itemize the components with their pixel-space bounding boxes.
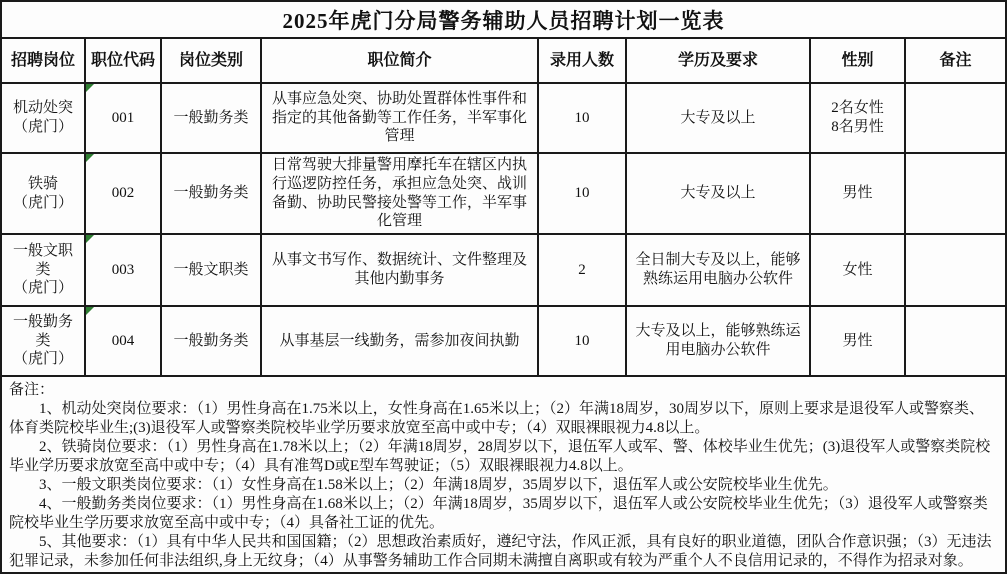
table-row: 机动处突 （虎门） 001 一般勤务类 从事应急处突、协助处置群体性事件和指定的…	[2, 83, 1005, 153]
table-header: 招聘岗位 职位代码 岗位类别 职位简介 录用人数 学历及要求 性别 备注	[2, 39, 1005, 83]
gender-cell: 男性	[810, 306, 905, 376]
remark-cell	[905, 306, 1005, 376]
post-cell: 铁骑 （虎门）	[2, 153, 85, 234]
code-cell: 003	[85, 234, 161, 306]
category-cell: 一般勤务类	[161, 306, 261, 376]
recruitment-plan-sheet: 2025年虎门分局警务辅助人员招聘计划一览表 招聘岗位 职位代码 岗位类别 职位…	[0, 0, 1007, 574]
note-item-5: 5、其他要求：（1）具有中华人民共和国国籍；（2）思想政治素质好，遵纪守法，作风…	[9, 533, 998, 571]
header-row: 招聘岗位 职位代码 岗位类别 职位简介 录用人数 学历及要求 性别 备注	[2, 39, 1005, 83]
post-cell: 一般勤务类 （虎门）	[2, 306, 85, 376]
gender-cell: 女性	[810, 234, 905, 306]
headcount-cell: 10	[538, 153, 626, 234]
notes-section: 备注： 1、机动处突岗位要求：（1）男性身高在1.75米以上，女性身高在1.65…	[2, 377, 1005, 571]
cell-error-triangle-icon	[86, 307, 94, 315]
education-cell: 大专及以上，能够熟练运用电脑办公软件	[626, 306, 810, 376]
description-cell: 日常驾驶大排量警用摩托车在辖区内执行巡逻防控任务，承担应急处突、战训备勤、协助民…	[261, 153, 538, 234]
col-header-remark: 备注	[905, 39, 1005, 83]
category-cell: 一般勤务类	[161, 83, 261, 153]
code-value: 004	[112, 333, 135, 349]
code-cell: 001	[85, 83, 161, 153]
post-cell: 机动处突 （虎门）	[2, 83, 85, 153]
cell-error-triangle-icon	[86, 84, 94, 92]
post-cell: 一般文职类 （虎门）	[2, 234, 85, 306]
category-cell: 一般勤务类	[161, 153, 261, 234]
table-row: 铁骑 （虎门） 002 一般勤务类 日常驾驶大排量警用摩托车在辖区内执行巡逻防控…	[2, 153, 1005, 234]
cell-error-triangle-icon	[86, 235, 94, 243]
remark-cell	[905, 83, 1005, 153]
note-item-3: 3、一般文职类岗位要求：（1）女性身高在1.58米以上；（2）年满18周岁，35…	[9, 476, 998, 495]
col-header-category: 岗位类别	[161, 39, 261, 83]
col-header-description: 职位简介	[261, 39, 538, 83]
col-header-post: 招聘岗位	[2, 39, 85, 83]
note-item-2: 2、铁骑岗位要求：（1）男性身高在1.78米以上；（2）年满18周岁，28周岁以…	[9, 438, 998, 476]
description-cell: 从事基层一线勤务，需参加夜间执勤	[261, 306, 538, 376]
headcount-cell: 2	[538, 234, 626, 306]
gender-cell: 男性	[810, 153, 905, 234]
page-title: 2025年虎门分局警务辅助人员招聘计划一览表	[283, 5, 725, 35]
category-cell: 一般文职类	[161, 234, 261, 306]
education-cell: 大专及以上	[626, 83, 810, 153]
remark-cell	[905, 153, 1005, 234]
remark-cell	[905, 234, 1005, 306]
recruitment-table: 招聘岗位 职位代码 岗位类别 职位简介 录用人数 学历及要求 性别 备注 机动处…	[2, 39, 1005, 377]
description-cell: 从事文书写作、数据统计、文件整理及其他内勤事务	[261, 234, 538, 306]
headcount-cell: 10	[538, 83, 626, 153]
title-row: 2025年虎门分局警务辅助人员招聘计划一览表	[2, 2, 1005, 39]
cell-error-triangle-icon	[86, 154, 94, 162]
headcount-cell: 10	[538, 306, 626, 376]
table-row: 一般勤务类 （虎门） 004 一般勤务类 从事基层一线勤务，需参加夜间执勤 10…	[2, 306, 1005, 376]
col-header-gender: 性别	[810, 39, 905, 83]
code-cell: 002	[85, 153, 161, 234]
code-cell: 004	[85, 306, 161, 376]
col-header-education: 学历及要求	[626, 39, 810, 83]
description-cell: 从事应急处突、协助处置群体性事件和指定的其他备勤等工作任务，半军事化管理	[261, 83, 538, 153]
code-value: 001	[112, 110, 135, 126]
code-value: 002	[112, 185, 135, 201]
notes-label: 备注：	[9, 381, 998, 400]
col-header-headcount: 录用人数	[538, 39, 626, 83]
note-item-1: 1、机动处突岗位要求：（1）男性身高在1.75米以上，女性身高在1.65米以上；…	[9, 400, 998, 438]
gender-cell: 2名女性 8名男性	[810, 83, 905, 153]
education-cell: 大专及以上	[626, 153, 810, 234]
code-value: 003	[112, 262, 135, 278]
table-row: 一般文职类 （虎门） 003 一般文职类 从事文书写作、数据统计、文件整理及其他…	[2, 234, 1005, 306]
education-cell: 全日制大专及以上，能够熟练运用电脑办公软件	[626, 234, 810, 306]
col-header-code: 职位代码	[85, 39, 161, 83]
note-item-4: 4、一般勤务类岗位要求：（1）男性身高在1.68米以上；（2）年满18周岁，35…	[9, 495, 998, 533]
